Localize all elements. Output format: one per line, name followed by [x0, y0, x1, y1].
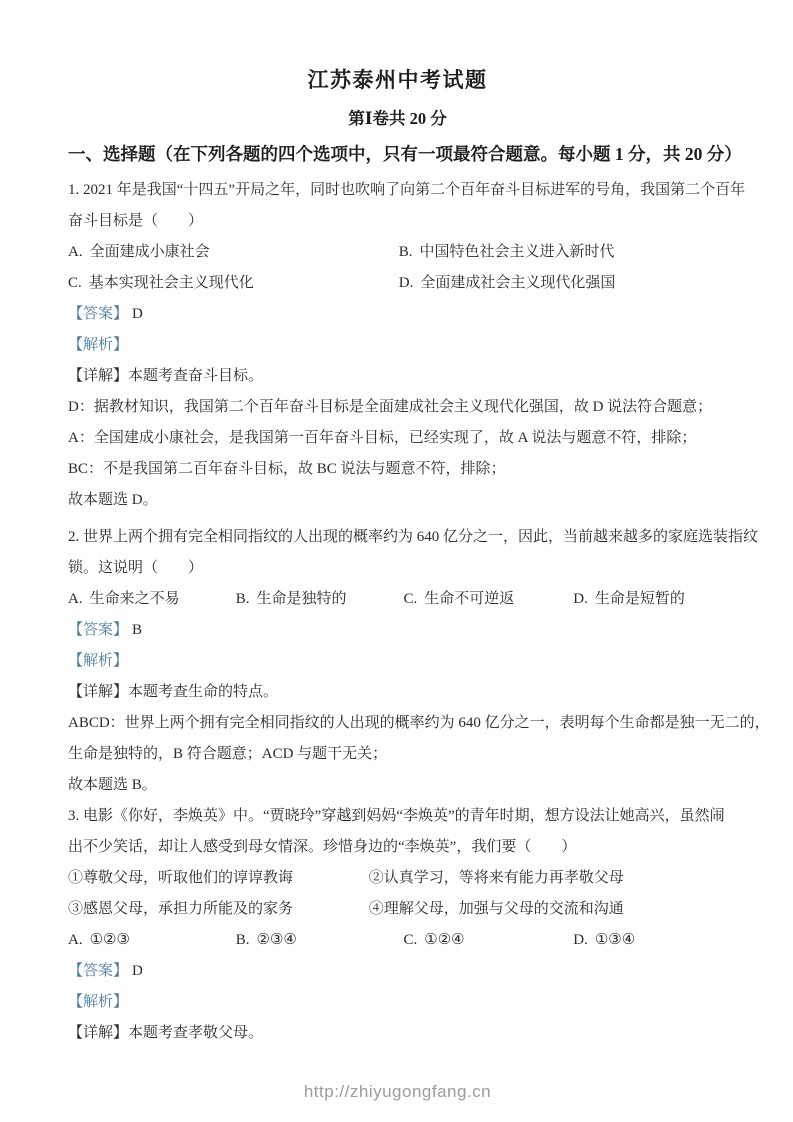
question-2-detail-line: 故本题选 B。 — [68, 770, 727, 801]
option-label: D. — [399, 275, 414, 291]
option-label: C. — [404, 932, 418, 948]
questions-content: 1. 2021 年是我国“十四五”开局之年，同时也吹响了向第二个百年奋斗目标进军… — [68, 175, 727, 1049]
analysis-marker: 【解析】 — [68, 337, 128, 353]
question-1-option-c: C.基本实现社会主义现代化 — [68, 268, 395, 299]
question-1-detail-line: BC：不是我国第二百年奋斗目标，故 BC 说法与题意不符，排除； — [68, 454, 727, 485]
answer-value: B — [132, 622, 142, 638]
question-3-subitems-row-1: ①尊敬父母，听取他们的谆谆教诲 ②认真学习，等将来有能力再孝敬父母 — [68, 863, 727, 894]
question-2-detail-line: 【详解】本题考查生命的特点。 — [68, 677, 727, 708]
question-3-option-b: B.②③④ — [236, 925, 400, 956]
question-3-subitem-3: ③感恩父母，承担力所能及的家务 — [68, 894, 365, 925]
question-2-option-a: A.生命来之不易 — [68, 584, 232, 615]
question-1-detail-line: D：据教材知识，我国第二个百年奋斗目标是全面建成社会主义现代化强国，故 D 说法… — [68, 392, 727, 423]
question-2-option-d: D.生命是短暂的 — [573, 584, 685, 615]
option-label: B. — [236, 932, 250, 948]
answer-value: D — [132, 306, 143, 322]
option-text: 全面建成社会主义现代化强国 — [420, 275, 615, 291]
option-text: 生命是短暂的 — [595, 591, 685, 607]
question-1-option-a: A.全面建成小康社会 — [68, 237, 395, 268]
question-2-stem-line-2: 锁。这说明（ ） — [68, 553, 727, 584]
option-label: D. — [573, 591, 588, 607]
option-text: 生命是独特的 — [257, 591, 347, 607]
question-1-detail-line: 【详解】本题考查奋斗目标。 — [68, 361, 727, 392]
option-label: B. — [399, 244, 413, 260]
option-text: 生命来之不易 — [90, 591, 180, 607]
exam-document-page: 江苏泰州中考试题 第Ⅰ卷共 20 分 一、选择题（在下列各题的四个选项中，只有一… — [0, 0, 793, 1122]
question-1-option-d: D.全面建成社会主义现代化强国 — [399, 268, 616, 299]
option-label: B. — [236, 591, 250, 607]
question-1-analysis-line: 【解析】 — [68, 330, 727, 361]
option-label: A. — [68, 591, 83, 607]
question-3-analysis-line: 【解析】 — [68, 987, 727, 1018]
option-text: 生命不可逆返 — [424, 591, 514, 607]
analysis-marker: 【解析】 — [68, 994, 128, 1010]
answer-marker: 【答案】 — [68, 963, 128, 979]
question-2-option-b: B.生命是独特的 — [236, 584, 400, 615]
question-1-answer-line: 【答案】D — [68, 299, 727, 330]
answer-marker: 【答案】 — [68, 622, 128, 638]
question-1-option-b: B.中国特色社会主义进入新时代 — [399, 237, 615, 268]
analysis-marker: 【解析】 — [68, 653, 128, 669]
question-3-option-a: A.①②③ — [68, 925, 232, 956]
question-1-detail-line: A：全国建成小康社会，是我国第一百年奋斗目标，已经实现了，故 A 说法与题意不符… — [68, 423, 727, 454]
question-3-option-d: D.①③④ — [573, 925, 635, 956]
option-label: C. — [404, 591, 418, 607]
watermark-url: http://zhiyugongfang.cn — [68, 1082, 727, 1102]
option-text: 基本实现社会主义现代化 — [89, 275, 254, 291]
question-2-options-row: A.生命来之不易 B.生命是独特的 C.生命不可逆返 D.生命是短暂的 — [68, 584, 727, 615]
option-text: ②③④ — [257, 932, 297, 948]
choice-section-heading: 一、选择题（在下列各题的四个选项中，只有一项最符合题意。每小题 1 分，共 20… — [68, 141, 727, 166]
question-3-subitem-2: ②认真学习，等将来有能力再孝敬父母 — [369, 863, 624, 894]
option-text: 中国特色社会主义进入新时代 — [420, 244, 615, 260]
question-3-stem-line-1: 3. 电影《你好，李焕英》中。“贾晓玲”穿越到妈妈“李焕英”的青年时期，想方设法… — [68, 801, 727, 832]
question-2-detail-line: 生命是独特的，B 符合题意；ACD 与题干无关； — [68, 739, 727, 770]
question-3-stem-line-2: 出不少笑话，却让人感受到母女情深。珍惜身边的“李焕英”，我们要（ ） — [68, 832, 727, 863]
question-3-options-row: A.①②③ B.②③④ C.①②④ D.①③④ — [68, 925, 727, 956]
question-3-answer-line: 【答案】D — [68, 956, 727, 987]
question-2-analysis-line: 【解析】 — [68, 646, 727, 677]
question-1-stem-line-1: 1. 2021 年是我国“十四五”开局之年，同时也吹响了向第二个百年奋斗目标进军… — [68, 175, 727, 206]
answer-marker: 【答案】 — [68, 306, 128, 322]
question-3-option-c: C.①②④ — [404, 925, 570, 956]
question-1-detail-line: 故本题选 D。 — [68, 485, 727, 516]
question-2-answer-line: 【答案】B — [68, 615, 727, 646]
question-1-stem-line-2: 奋斗目标是（ ） — [68, 206, 727, 237]
answer-value: D — [132, 963, 143, 979]
page-title: 江苏泰州中考试题 — [68, 64, 727, 94]
option-text: ①②③ — [90, 932, 130, 948]
option-label: A. — [68, 244, 83, 260]
question-1-options-row-1: A.全面建成小康社会 B.中国特色社会主义进入新时代 — [68, 237, 727, 268]
question-3-detail-line: 【详解】本题考查孝敬父母。 — [68, 1018, 727, 1049]
question-3-subitem-1: ①尊敬父母，听取他们的谆谆教诲 — [68, 863, 365, 894]
question-3-subitem-4: ④理解父母，加强与父母的交流和沟通 — [369, 894, 624, 925]
option-label: A. — [68, 932, 83, 948]
option-text: ①②④ — [424, 932, 464, 948]
option-text: ①③④ — [595, 932, 635, 948]
option-label: C. — [68, 275, 82, 291]
question-2-stem-line-1: 2. 世界上两个拥有完全相同指纹的人出现的概率约为 640 亿分之一，因此，当前… — [68, 522, 727, 553]
part-heading: 第Ⅰ卷共 20 分 — [68, 105, 727, 129]
option-text: 全面建成小康社会 — [90, 244, 210, 260]
question-2-option-c: C.生命不可逆返 — [404, 584, 570, 615]
question-2-detail-line: ABCD：世界上两个拥有完全相同指纹的人出现的概率约为 640 亿分之一，表明每… — [68, 708, 727, 739]
question-3-subitems-row-2: ③感恩父母，承担力所能及的家务 ④理解父母，加强与父母的交流和沟通 — [68, 894, 727, 925]
option-label: D. — [573, 932, 588, 948]
question-1-options-row-2: C.基本实现社会主义现代化 D.全面建成社会主义现代化强国 — [68, 268, 727, 299]
